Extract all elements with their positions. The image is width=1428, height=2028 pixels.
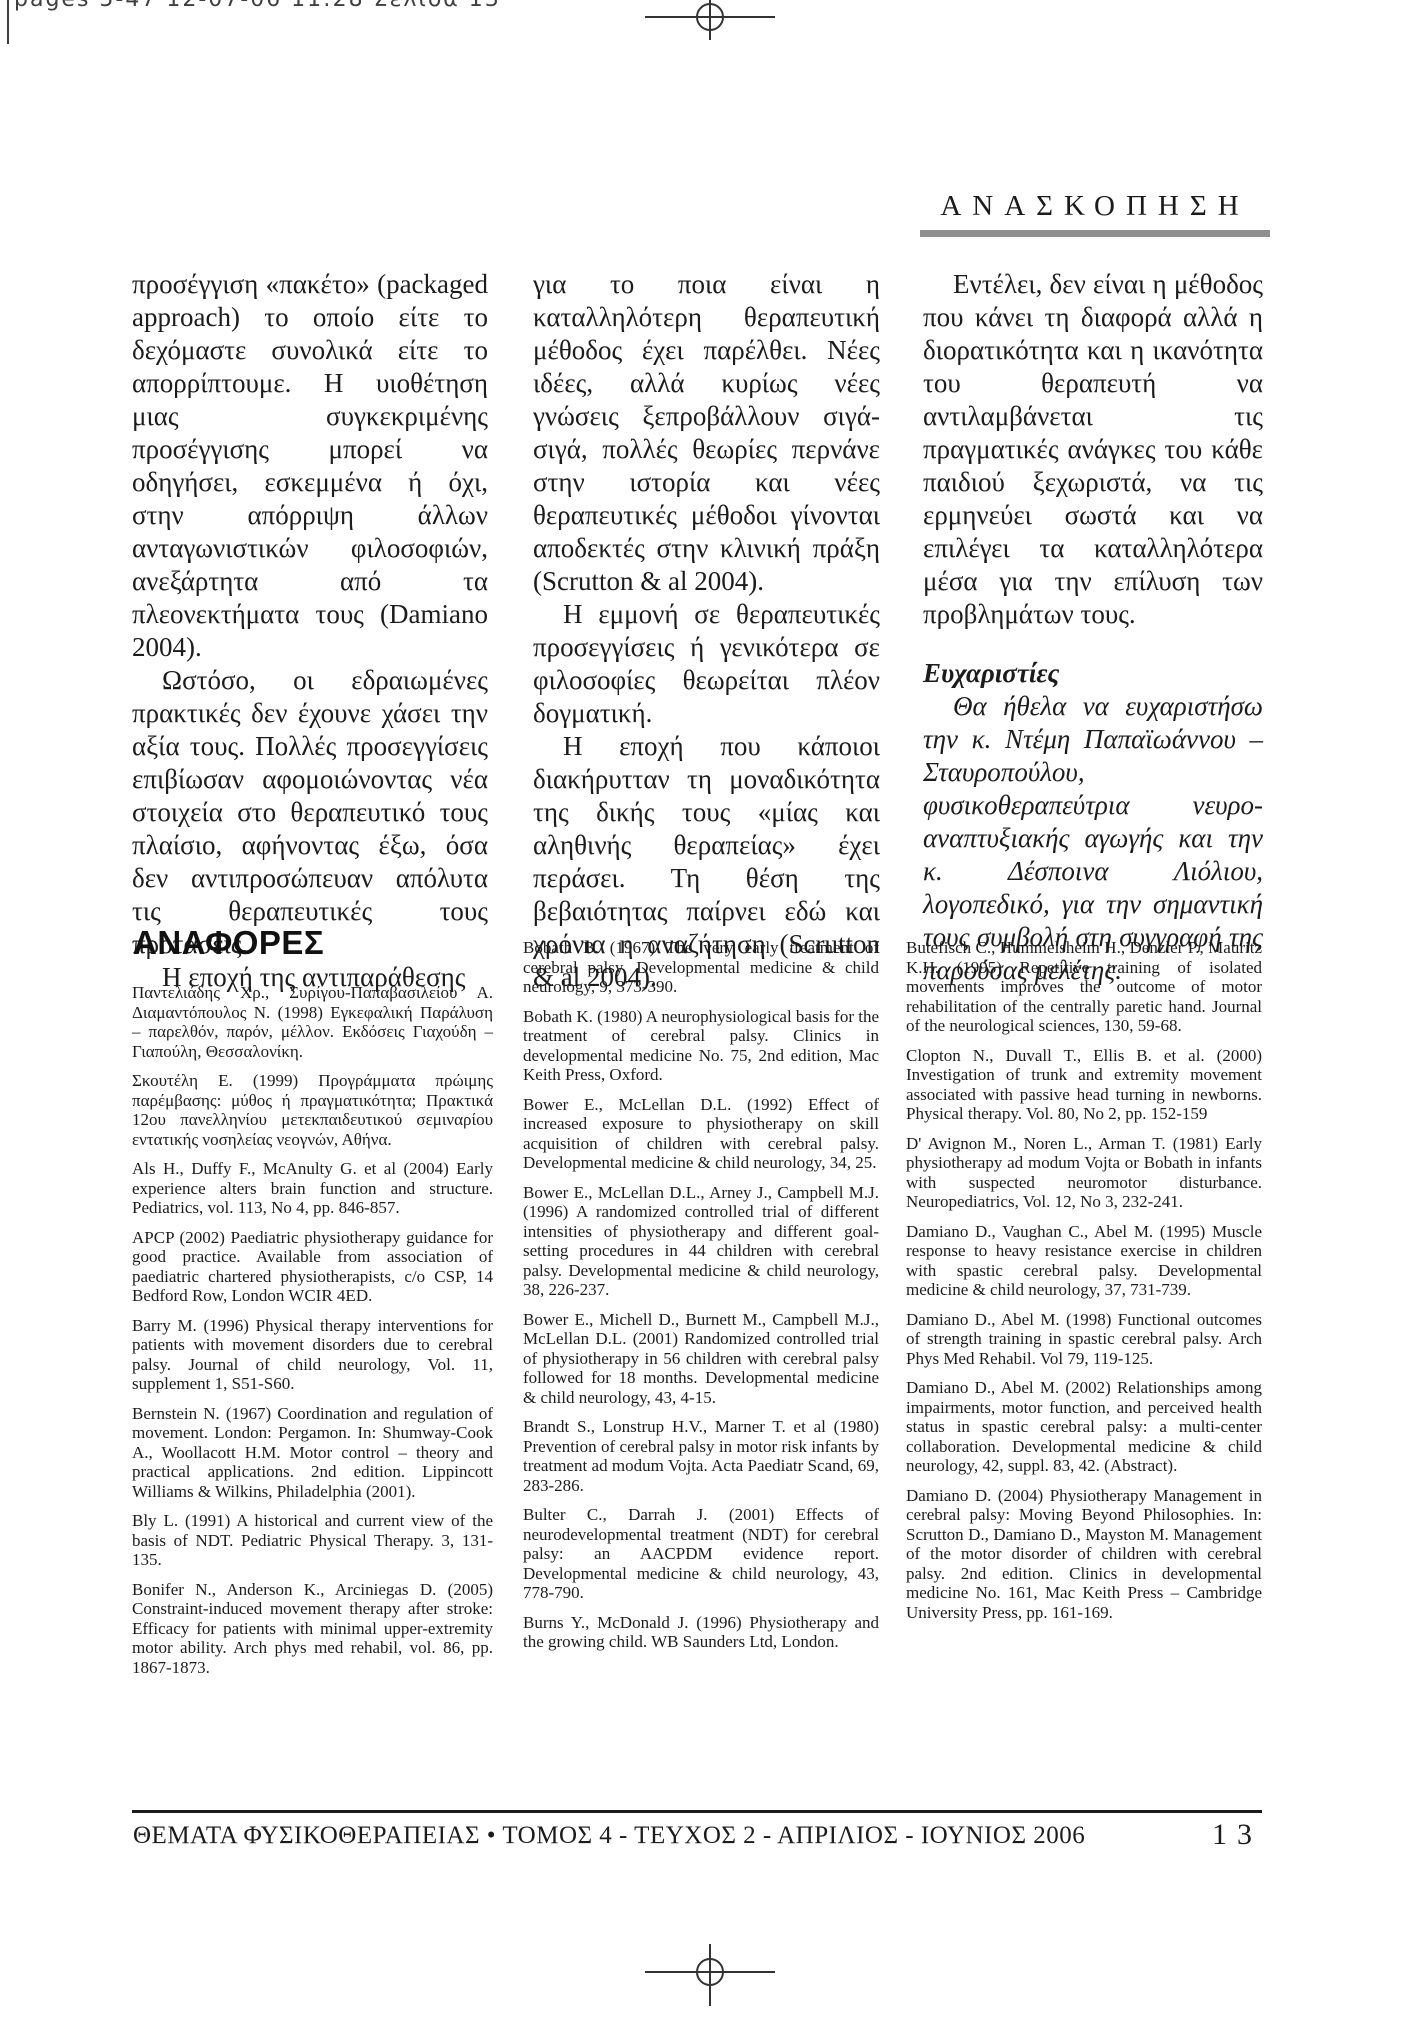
reference-item: Butefisch C., Hummelsheim H., Denzler P.… (906, 938, 1262, 1036)
reference-item: Σκουτέλη Ε. (1999) Προγράμματα πρώιμης π… (132, 1071, 493, 1149)
reference-item: Clopton N., Duvall T., Ellis B. et al. (… (906, 1046, 1262, 1124)
reference-item: APCP (2002) Paediatric physiotherapy gui… (132, 1228, 493, 1306)
reference-item: Bower E., McLellan D.L., Arney J., Campb… (523, 1183, 879, 1300)
reference-item: Bower E., McLellan D.L. (1992) Effect of… (523, 1095, 879, 1173)
crop-mark-left (7, 0, 9, 44)
references-column-1: Παντελιάδης Χρ., Συρίγου-Παπαβασιλείου Α… (132, 983, 493, 1687)
registration-mark-bottom-icon (645, 1958, 775, 2018)
registration-mark-top-icon (645, 3, 775, 43)
print-strip: pages 5-47 12-07-06 11:28 Σελίδα 13 (14, 0, 914, 15)
article-column-3: Εντέλει, δεν είναι η μέθοδος που κάνει τ… (923, 268, 1263, 987)
journal-footer: ΘΕΜΑΤΑ ΦΥΣΙΚΟΘΕΡΑΠΕΙΑΣ • ΤΟΜΟΣ 4 - ΤΕΥΧΟ… (133, 1822, 1085, 1850)
reference-item: Bly L. (1991) A historical and current v… (132, 1511, 493, 1570)
section-title-rule (920, 230, 1270, 237)
reference-item: Bonifer N., Anderson K., Arciniegas D. (… (132, 1580, 493, 1678)
article-column-1: προσέγγιση «πακέτο» (packaged approach) … (132, 268, 488, 994)
reference-item: Brandt S., Lonstrup H.V., Marner T. et a… (523, 1417, 879, 1495)
paragraph: προσέγγιση «πακέτο» (packaged approach) … (132, 268, 488, 664)
reference-item: Bobath B. (1967) The very early treatmen… (523, 938, 879, 997)
section-title: ΑΝΑΣΚΟΠΗΣΗ (920, 190, 1270, 223)
journal-page: { "print_strip": { "label": "pages 5-47 … (0, 0, 1428, 2028)
article-column-2: για το ποια είναι η καταλληλότερη θεραπε… (533, 268, 880, 994)
reference-item: Damiano D., Vaughan C., Abel M. (1995) M… (906, 1222, 1262, 1300)
paragraph: για το ποια είναι η καταλληλότερη θεραπε… (533, 268, 880, 598)
reference-item: D' Avignon M., Noren L., Arman T. (1981)… (906, 1134, 1262, 1212)
reference-item: Damiano D., Abel M. (2002) Relationships… (906, 1378, 1262, 1476)
footer-rule (132, 1810, 1262, 1813)
reference-item: Παντελιάδης Χρ., Συρίγου-Παπαβασιλείου Α… (132, 983, 493, 1061)
registration-circle (696, 3, 724, 31)
reference-item: Burns Y., McDonald J. (1996) Physiothera… (523, 1613, 879, 1652)
reference-item: Damiano D., Abel M. (1998) Functional ou… (906, 1310, 1262, 1369)
reference-item: Bernstein N. (1967) Coordination and reg… (132, 1404, 493, 1502)
paragraph: Εντέλει, δεν είναι η μέθοδος που κάνει τ… (923, 268, 1263, 631)
references-heading: ΑΝΑΦΟΡΕΣ (133, 924, 324, 962)
references-column-3: Butefisch C., Hummelsheim H., Denzler P.… (906, 938, 1262, 1632)
print-strip-text: pages 5-47 12-07-06 11:28 Σελίδα 13 (14, 0, 914, 13)
reference-item: Als H., Duffy F., McAnulty G. et al (200… (132, 1159, 493, 1218)
reference-item: Barry M. (1996) Physical therapy interve… (132, 1316, 493, 1394)
reference-item: Damiano D. (2004) Physiotherapy Manageme… (906, 1486, 1262, 1623)
paragraph: Ωστόσο, οι εδραιωμένες πρακτικές δεν έχο… (132, 664, 488, 961)
reference-item: Bobath K. (1980) A neurophysiological ba… (523, 1007, 879, 1085)
acknowledgements-heading: Ευχαριστίες (923, 657, 1263, 690)
reference-item: Bower E., Michell D., Burnett M., Campbe… (523, 1310, 879, 1408)
reference-item: Bulter C., Darrah J. (2001) Effects of n… (523, 1505, 879, 1603)
page-number: 13 (1212, 1818, 1262, 1852)
paragraph: Η εμμονή σε θεραπευτικές προσεγγίσεις ή … (533, 598, 880, 730)
references-column-2: Bobath B. (1967) The very early treatmen… (523, 938, 879, 1662)
registration-circle (696, 1958, 724, 1986)
